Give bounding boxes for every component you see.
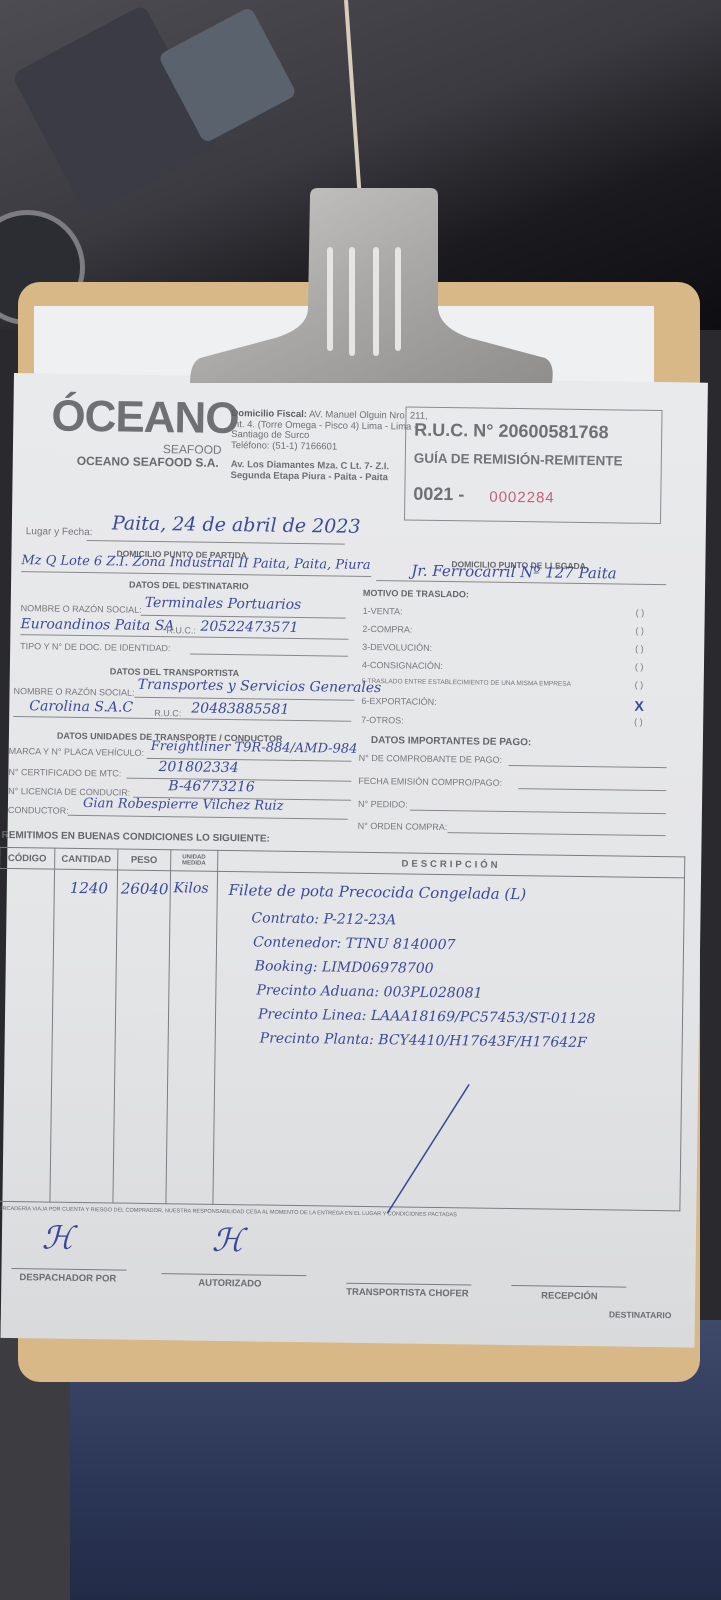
motivo-option-label: 2-COMPRA: xyxy=(362,624,412,635)
document-serie: 0021 - xyxy=(413,484,464,506)
motivo-option-checkbox[interactable]: ( ) xyxy=(636,608,645,618)
conductor-value[interactable]: Gian Robespierre Vilchez Ruiz xyxy=(83,796,284,814)
branch-address: Av. Los Diamantes Mza. C Lt. 7- Z.I. Seg… xyxy=(231,460,431,484)
lugar-fecha-label: Lugar y Fecha: xyxy=(26,526,93,538)
pago-title: DATOS IMPORTANTES DE PAGO: xyxy=(371,735,532,748)
transportista-nombre-1[interactable]: Transportes y Servicios Generales xyxy=(138,677,382,696)
mtc-value[interactable]: 201802334 xyxy=(158,759,238,776)
signature-line-recepcion xyxy=(511,1285,626,1288)
doc-identidad-line[interactable] xyxy=(190,653,348,656)
cell-unidad[interactable]: Kilos xyxy=(166,871,218,1205)
signature-label-recepcion: RECEPCIÓN xyxy=(541,1290,598,1302)
destinatario-nombre-2[interactable]: Euroandinos Paita SA xyxy=(20,616,174,634)
orden-compra-label: N° ORDEN COMPRA: xyxy=(358,821,448,832)
cell-cantidad[interactable]: 1240 xyxy=(50,869,118,1203)
description-details: Contrato: P-212-23AContenedor: TTNU 8140… xyxy=(250,906,597,1055)
col-unidad: UNIDAD MEDIDA xyxy=(170,850,217,872)
fecha-emision-line[interactable] xyxy=(518,788,666,791)
llegada-value[interactable]: Jr. Ferrocarril Nº 127 Paita xyxy=(411,562,617,583)
transportista-ruc-label: R.U.C: xyxy=(154,708,181,718)
company-phone: Teléfono: (51-1) 7166601 xyxy=(231,440,337,452)
document-type: GUÍA DE REMISIÓN-REMITENTE xyxy=(414,451,623,469)
fecha-emision-label: FECHA EMISIÓN COMPRO/PAGO: xyxy=(358,776,502,788)
fiscal-address: Domicilio Fiscal: AV. Manuel Olguin Nro.… xyxy=(231,409,432,454)
comprobante-line[interactable] xyxy=(509,765,667,768)
orden-compra-line[interactable] xyxy=(448,832,666,836)
signature-line-transportista xyxy=(346,1283,471,1286)
transportista-ruc-line xyxy=(13,716,351,722)
items-title: REMITIMOS EN BUENAS CONDICIONES LO SIGUI… xyxy=(1,830,269,845)
company-logo: ÓCEANO xyxy=(51,392,239,445)
destinatario-footer-label: DESTINATARIO xyxy=(609,1309,672,1320)
col-cantidad: CANTIDAD xyxy=(55,848,118,870)
lugar-fecha-line xyxy=(87,540,345,545)
motivo-title: MOTIVO DE TRASLADO: xyxy=(363,588,469,599)
placa-label: MARCA Y N° PLACA VEHÍCULO: xyxy=(9,746,144,758)
motivo-option-checkbox[interactable]: ( ) xyxy=(635,680,644,690)
description-detail-line: Precinto Planta: BCY4410/H17643F/H17642F xyxy=(260,1026,596,1055)
motivo-option-label: 7-OTROS: xyxy=(361,715,404,726)
motivo-option-checkbox[interactable]: ( ) xyxy=(635,626,644,636)
motivo-option-label: 5-TRASLADO ENTRE ESTABLECIMIENTO DE UNA … xyxy=(362,678,571,688)
cell-peso[interactable]: 26040 xyxy=(113,870,170,1204)
licencia-value[interactable]: B-46773216 xyxy=(168,778,255,795)
signature-label-autorizado: AUTORIZADO xyxy=(198,1278,261,1290)
motivo-option-checkbox[interactable]: ( ) xyxy=(634,717,643,727)
signature-label-despachador: DESPACHADOR POR xyxy=(19,1272,116,1284)
mtc-label: N° CERTIFICADO DE MTC: xyxy=(8,767,121,779)
col-peso: PESO xyxy=(118,849,171,871)
destinatario-nombre-label: NOMBRE O RAZÓN SOCIAL: xyxy=(21,603,142,615)
clipboard-clip xyxy=(190,188,555,388)
motivo-option-label: 1-VENTA: xyxy=(363,606,403,617)
motivo-option-label: 4-CONSIGNACIÓN: xyxy=(362,660,443,671)
pedido-label: N° PEDIDO: xyxy=(358,799,408,810)
document-id-box: R.U.C. N° 20600581768 GUÍA DE REMISIÓN-R… xyxy=(404,406,663,524)
destinatario-ruc-label: R.U.C.: xyxy=(166,625,196,635)
motivo-option-label: 3-DEVOLUCIÓN: xyxy=(362,642,432,653)
document-number: 0002284 xyxy=(489,489,555,507)
motivo-option-label: 6-EXPORTACIÓN: xyxy=(361,696,436,707)
motivo-option-checkbox[interactable]: ( ) xyxy=(635,644,644,654)
description-end-stroke xyxy=(382,1078,474,1219)
transportista-nombre-label: NOMBRE O RAZÓN SOCIAL: xyxy=(13,686,134,698)
destinatario-ruc-value[interactable]: 20522473571 xyxy=(200,619,298,636)
placa-value[interactable]: Freightliner T9R-884/AMD-984 xyxy=(151,739,358,757)
lugar-fecha-value[interactable]: Paita, 24 de abril de 2023 xyxy=(112,512,361,537)
signature-despachador: ℋ xyxy=(42,1218,74,1256)
comprobante-label: N° DE COMPROBANTE DE PAGO: xyxy=(359,753,503,765)
signature-line-despachador xyxy=(11,1268,126,1271)
company-legal-name: OCEANO SEAFOOD S.A. xyxy=(77,454,219,470)
cell-codigo[interactable] xyxy=(0,868,55,1202)
conductor-label: CONDUCTOR: xyxy=(8,805,69,816)
signature-label-transportista: TRANSPORTISTA CHOFER xyxy=(346,1287,469,1300)
ruc-number: R.U.C. N° 20600581768 xyxy=(414,420,609,444)
signature-line-autorizado xyxy=(161,1273,306,1276)
destinatario-nombre-1[interactable]: Terminales Portuarios xyxy=(145,595,302,613)
conductor-line xyxy=(68,815,348,820)
transportista-ruc-value[interactable]: 20483885581 xyxy=(191,701,289,718)
transportista-nombre-line xyxy=(134,697,354,701)
col-codigo: CÓDIGO xyxy=(0,847,55,869)
shipping-guide-document: ÓCEANO SEAFOOD OCEANO SEAFOOD S.A. Domic… xyxy=(1,373,708,1348)
destinatario-title: DATOS DEL DESTINATARIO xyxy=(129,580,249,592)
transportista-nombre-2[interactable]: Carolina S.A.C xyxy=(29,698,133,715)
signature-autorizado: ℋ xyxy=(212,1221,244,1259)
partida-value[interactable]: Mz Q Lote 6 Z.I. Zona Industrial II Pait… xyxy=(21,553,370,573)
motivo-option-checkbox[interactable]: X xyxy=(634,698,644,714)
doc-identidad-label: TIPO Y N° DE DOC. DE IDENTIDAD: xyxy=(20,641,170,653)
pedido-line[interactable] xyxy=(410,810,666,815)
motivo-option-checkbox[interactable]: ( ) xyxy=(635,662,644,672)
